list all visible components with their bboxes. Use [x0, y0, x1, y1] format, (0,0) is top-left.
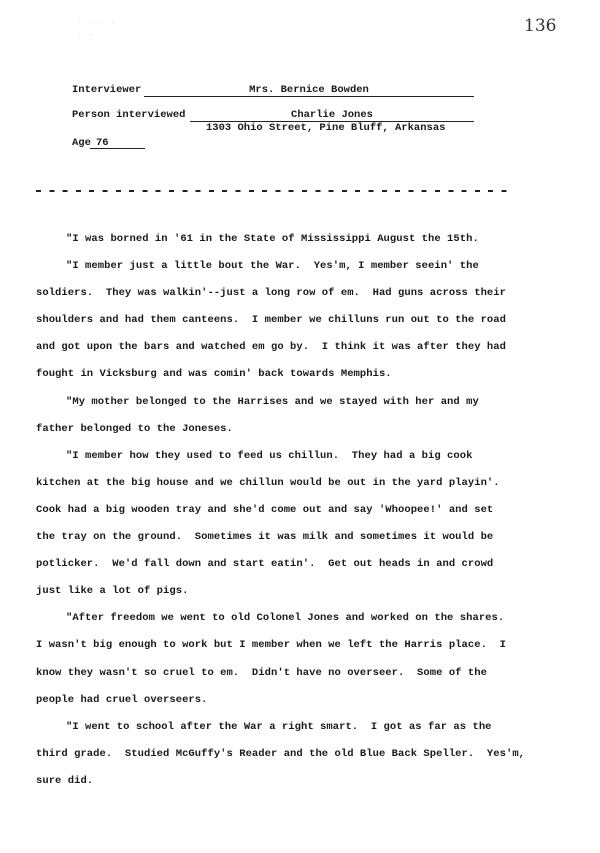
text-line: I wasn't big enough to work but I member… — [36, 632, 556, 659]
interview-body: "I was borned in '61 in the State of Mis… — [36, 226, 556, 795]
text-line: kitchen at the big house and we chillun … — [36, 470, 556, 497]
text-line: sure did. — [36, 768, 556, 795]
age-value: 76 — [90, 137, 145, 149]
text-line: soldiers. They was walkin'--just a long … — [36, 280, 556, 307]
interviewer-value: Mrs. Bernice Bowden — [144, 84, 474, 97]
text-line: fought in Vicksburg and was comin' back … — [36, 361, 556, 388]
dashed-separator — [36, 190, 514, 192]
text-line: Cook had a big wooden tray and she'd com… — [36, 497, 556, 524]
text-line: just like a lot of pigs. — [36, 578, 556, 605]
page-number: 136 — [524, 16, 556, 36]
text-line: "I went to school after the War a right … — [36, 714, 556, 741]
text-line: "My mother belonged to the Harrises and … — [36, 389, 556, 416]
text-line: "I member how they used to feed us chill… — [36, 443, 556, 470]
text-line: potlicker. We'd fall down and start eati… — [36, 551, 556, 578]
person-interviewed-value: Charlie Jones — [190, 109, 474, 122]
age-label: Age — [72, 137, 91, 149]
text-line: shoulders and had them canteens. I membe… — [36, 307, 556, 334]
text-line: father belonged to the Joneses. — [36, 416, 556, 443]
person-interviewed-row: Person interviewed — [72, 109, 185, 121]
text-line: and got upon the bars and watched em go … — [36, 334, 556, 361]
faint-stamp-mark: · . . . . . — [78, 16, 118, 28]
document-page: · . . . . . 136 Interviewer Mrs. Bernice… — [0, 0, 600, 853]
address: 1303 Ohio Street, Pine Bluff, Arkansas — [206, 122, 445, 134]
text-line: "I was borned in '61 in the State of Mis… — [36, 226, 556, 253]
text-line: know they wasn't so cruel to em. Didn't … — [36, 660, 556, 687]
text-line: the tray on the ground. Sometimes it was… — [36, 524, 556, 551]
text-line: third grade. Studied McGuffy's Reader an… — [36, 741, 556, 768]
text-line: "After freedom we went to old Colonel Jo… — [36, 605, 556, 632]
text-line: "I member just a little bout the War. Ye… — [36, 253, 556, 280]
text-line: people had cruel overseers. — [36, 687, 556, 714]
age-row: Age — [72, 137, 91, 149]
interviewer-row: Interviewer — [72, 84, 141, 96]
person-interviewed-label: Person interviewed — [72, 109, 185, 121]
interviewer-label: Interviewer — [72, 84, 141, 96]
